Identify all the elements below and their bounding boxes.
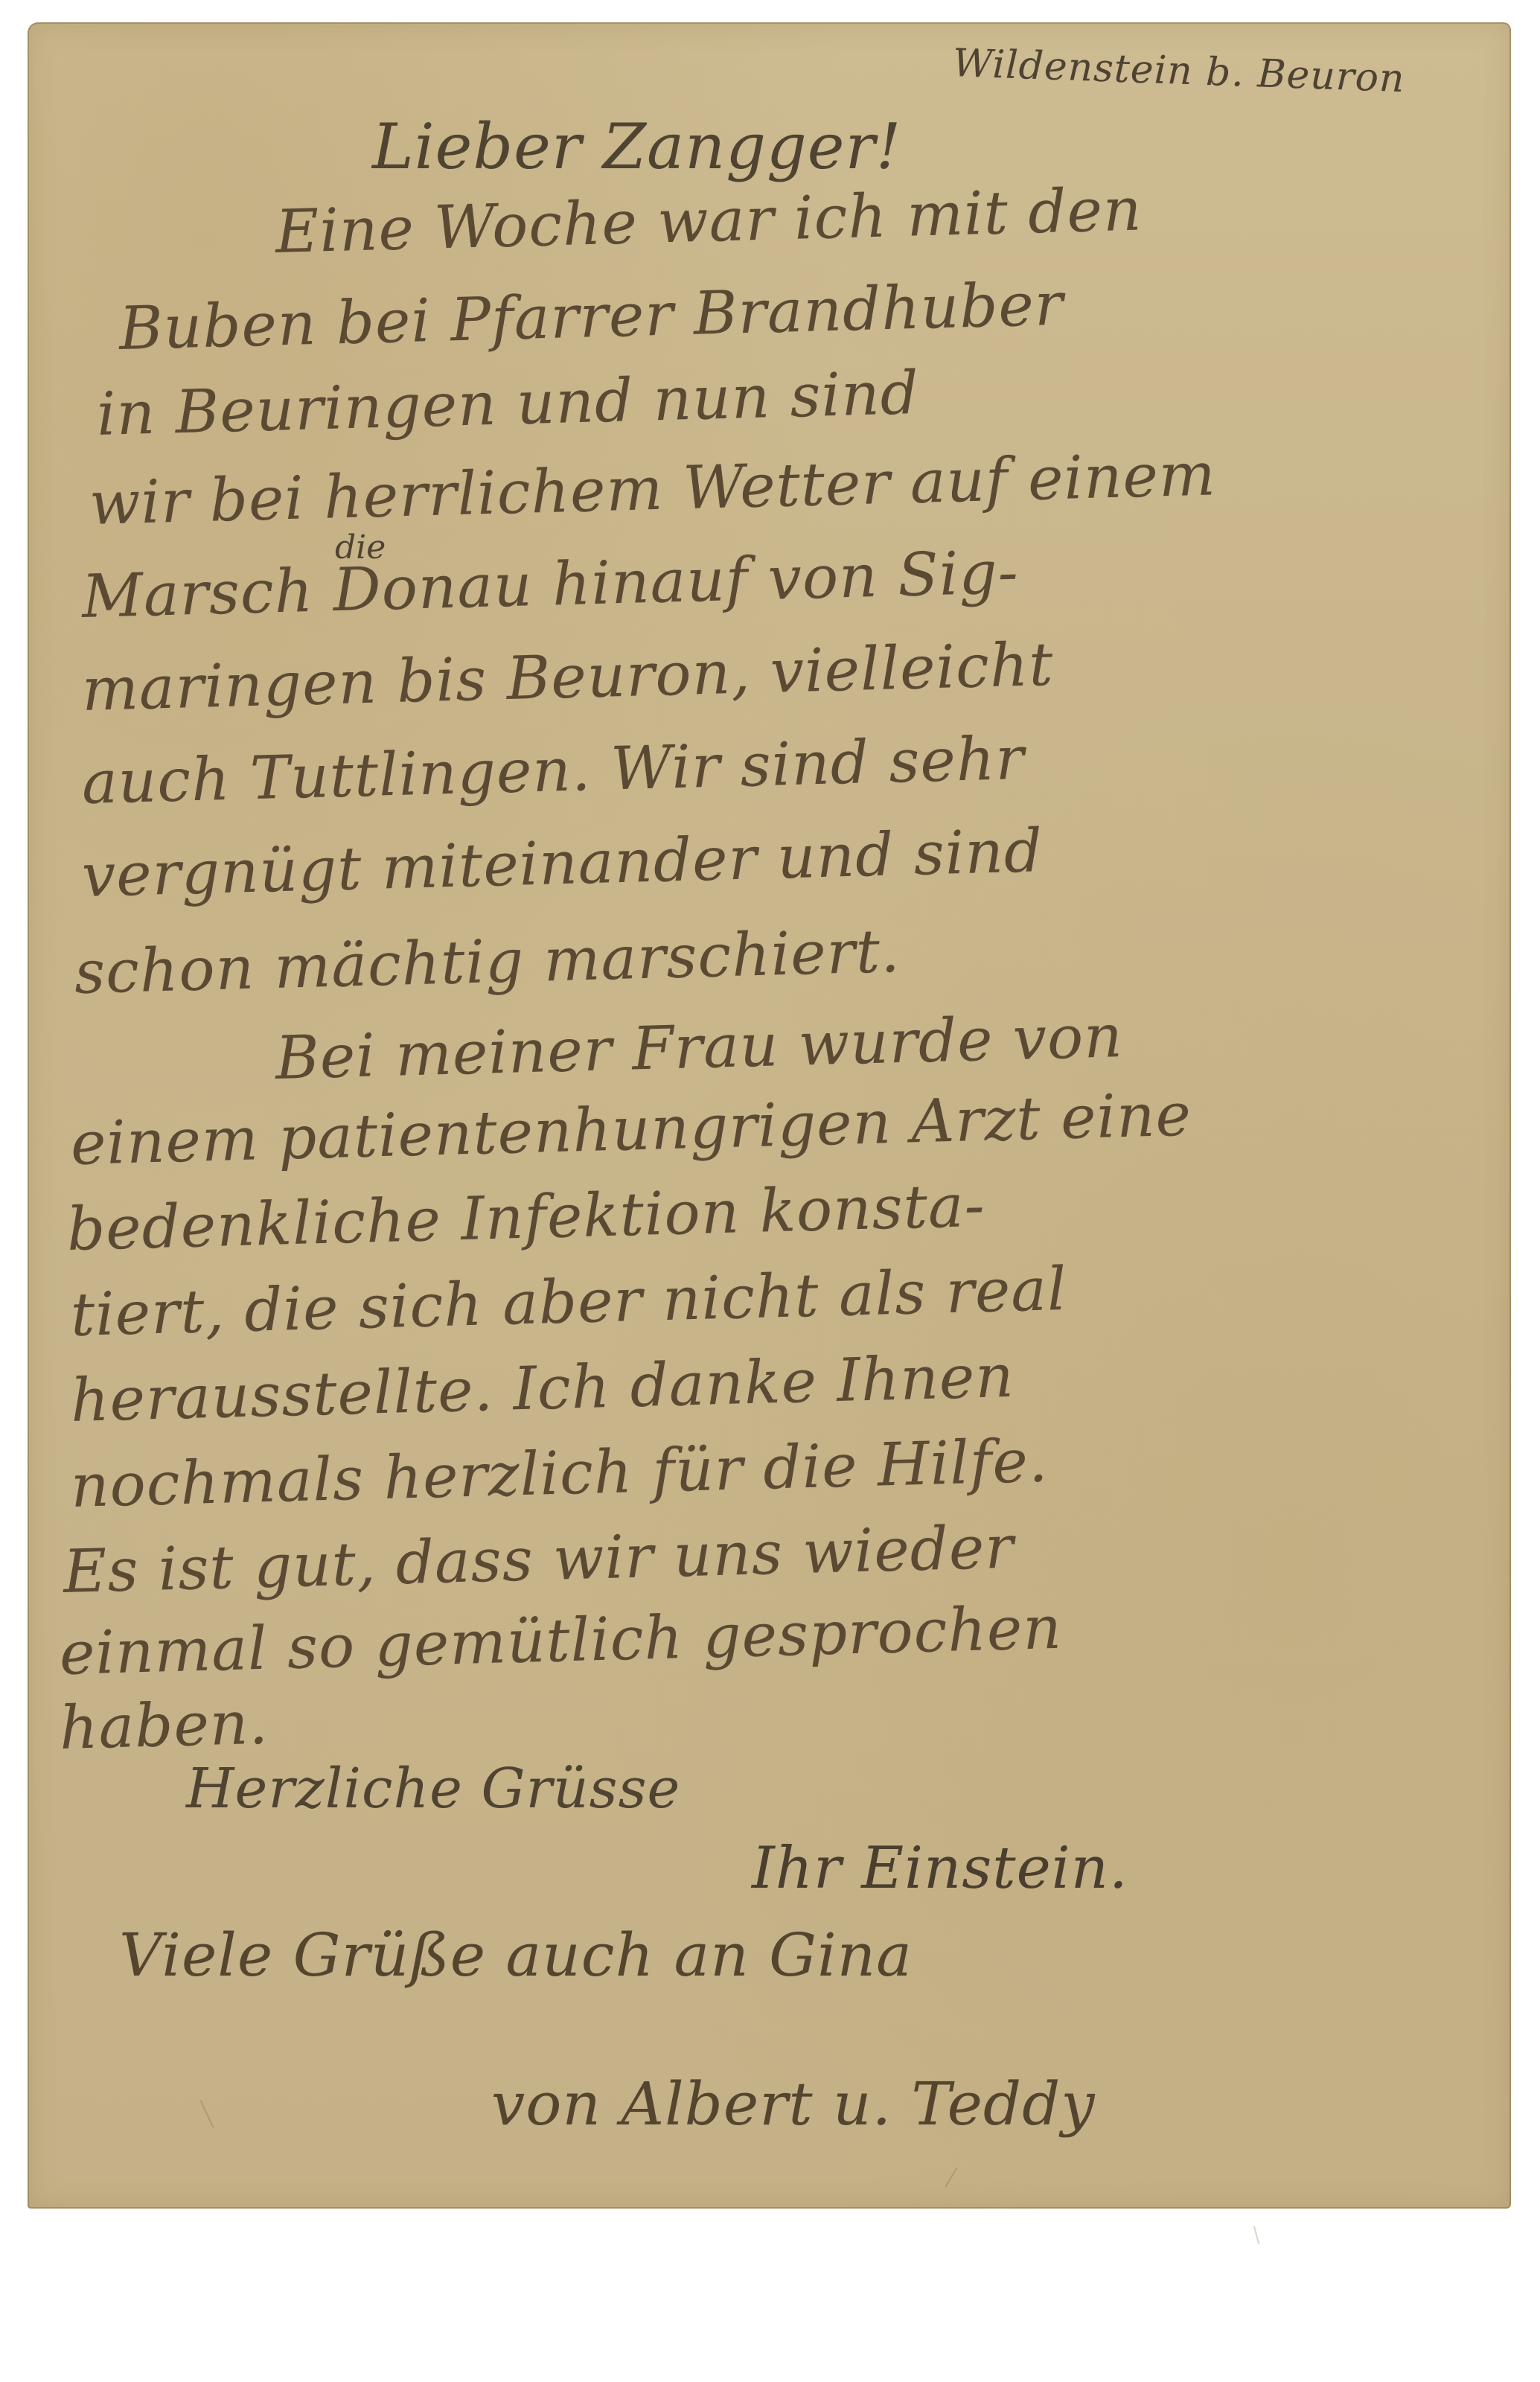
salutation: Lieber Zangger! [372,110,901,183]
signature: Ihr Einstein. [752,1835,1128,1902]
postscript-line-2: von Albert u. Teddy [491,2069,1096,2139]
closing-greeting: Herzliche Grüsse [186,1757,680,1821]
postscript-line-1: Viele Grüße auch an Gina [119,1920,913,1990]
body-line-18: haben. [59,1688,269,1763]
paper-fibre [945,2168,958,2188]
paper-fibre [200,2100,214,2127]
paper-fibre [1253,2226,1259,2244]
